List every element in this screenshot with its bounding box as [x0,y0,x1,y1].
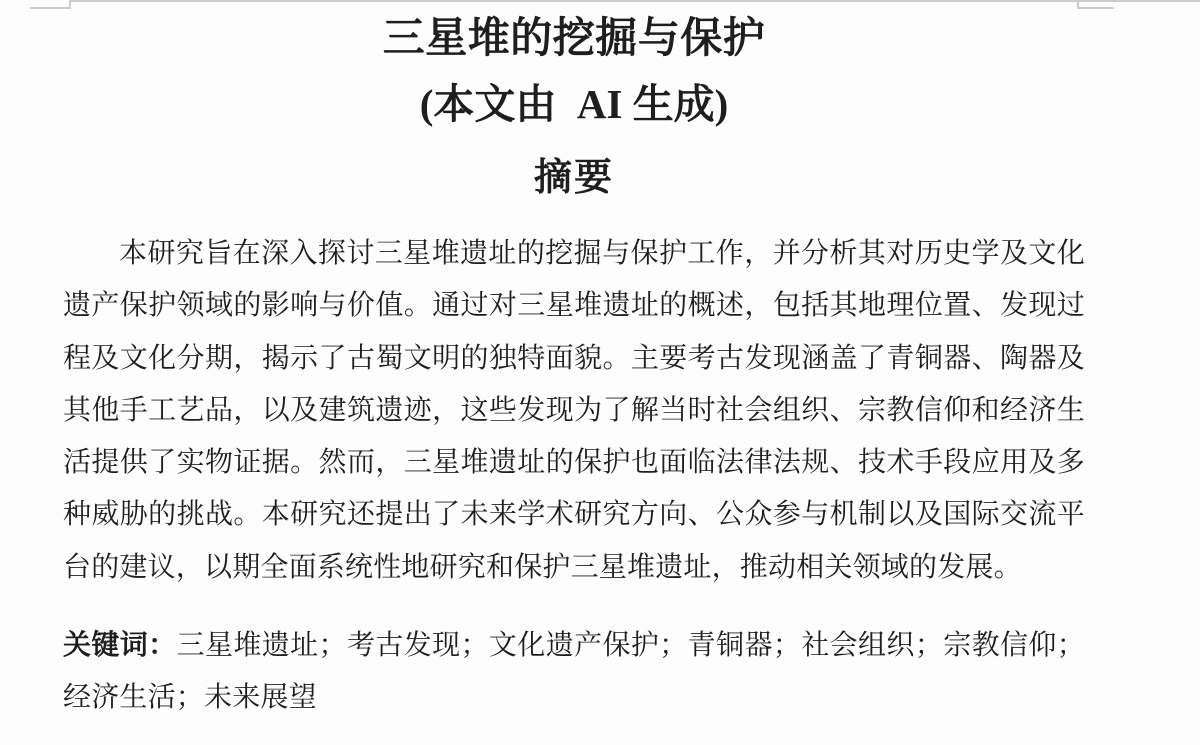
margin-corner-mark-left [30,0,71,9]
document-title: 三星堆的挖掘与保护 [63,14,1085,64]
keywords-line: 关键词：三星堆遗址；考古发现；文化遗产保护；青铜器；社会组织；宗教信仰；经济生活… [63,620,1085,725]
page-top-border [70,0,1200,2]
document-page: 三星堆的挖掘与保护 (本文由 AI 生成) 摘要 本研究旨在深入探讨三星堆遗址的… [0,0,1200,745]
keywords-label: 关键词： [63,630,177,661]
margin-corner-mark-right [1077,0,1114,9]
abstract-heading: 摘要 [63,156,1085,202]
document-subtitle: (本文由 AI 生成) [63,80,1085,129]
abstract-paragraph: 本研究旨在深入探讨三星堆遗址的挖掘与保护工作，并分析其对历史学及文化遗产保护领域… [63,228,1085,594]
keywords-text: 三星堆遗址；考古发现；文化遗产保护；青铜器；社会组织；宗教信仰；经济生活；未来展… [63,630,1085,713]
